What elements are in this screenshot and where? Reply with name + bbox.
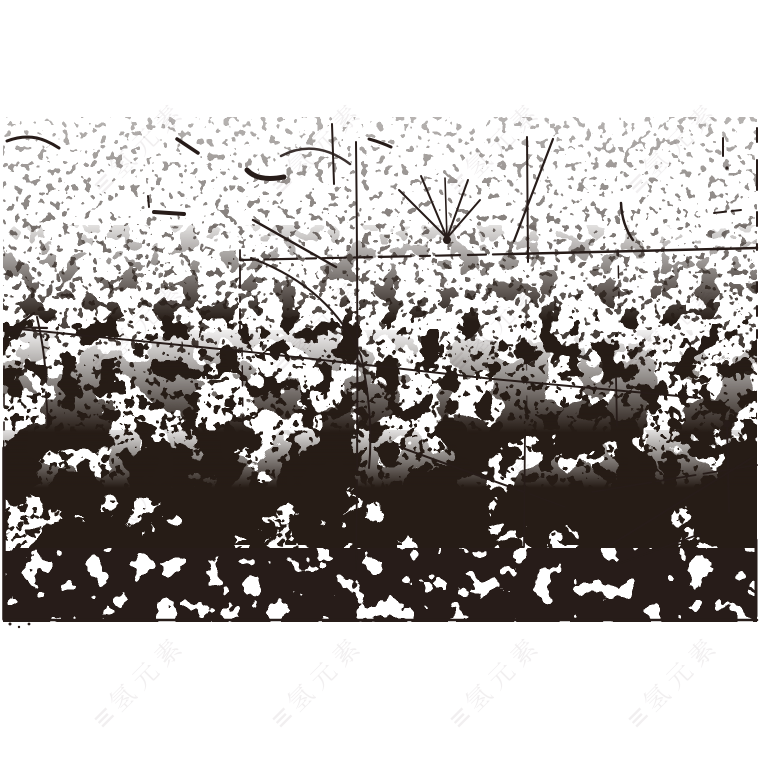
grunge-texture-graphic [0, 0, 760, 760]
texture-noise-layers [3, 117, 757, 622]
grunge-texture-canvas: 氢元素 氢元素 氢元素 氢元素 氢元素 氢元素 氢元素 氢元素 氢元素 氢元素 … [0, 0, 760, 760]
